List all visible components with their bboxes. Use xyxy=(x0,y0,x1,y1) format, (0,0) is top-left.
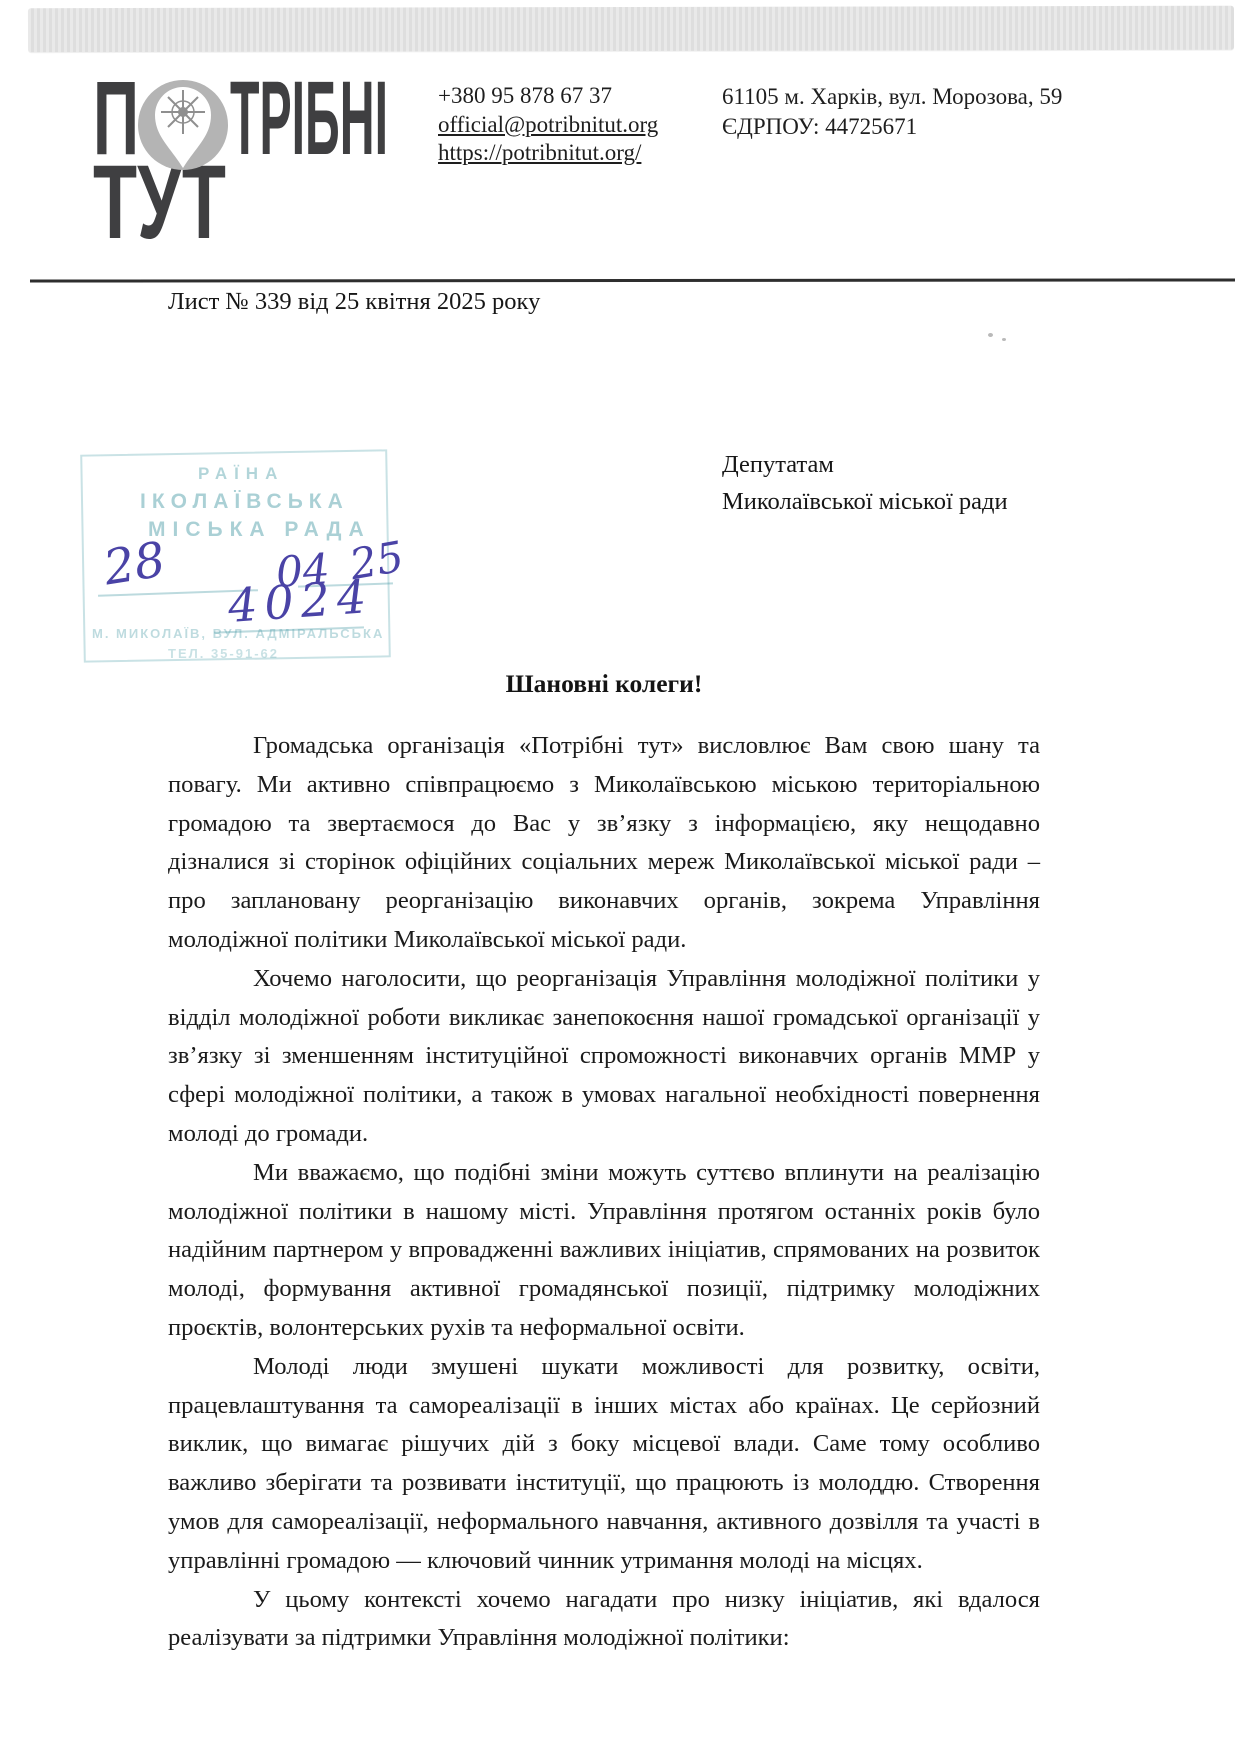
postal-address: 61105 м. Харків, вул. Морозова, 59 xyxy=(722,82,1062,112)
stamp-city-line: ІКОЛАЇВСЬКА xyxy=(140,490,349,514)
stamp-footer-phone: ТЕЛ. 35-91-62 xyxy=(168,646,279,661)
stamp-border xyxy=(80,449,391,662)
potribni-tut-logo: П ТРІБНІ ТУТ xyxy=(88,70,398,255)
email-link[interactable]: official@potribnitut.org xyxy=(438,111,658,140)
edrpou-code: ЄДРПОУ: 44725671 xyxy=(722,112,1062,142)
scanned-letter-page: П ТРІБНІ ТУТ +380 95 878 67 37 official@… xyxy=(0,0,1239,1752)
website-link[interactable]: https://potribnitut.org/ xyxy=(438,139,658,168)
stamp-council-line: МІСЬКА РАДА xyxy=(148,518,371,542)
location-pin-compass-icon xyxy=(138,80,228,170)
letter-body: Громадська організація «Потрібні тут» ви… xyxy=(168,727,1040,1658)
stamp-footer-address: М. МИКОЛАЇВ, ВУЛ. АДМІРАЛЬСЬКА xyxy=(92,626,384,641)
registration-stamp: РАЇНА ІКОЛАЇВСЬКА МІСЬКА РАДА 28 04 25 4… xyxy=(76,408,406,668)
requisites-block: 61105 м. Харків, вул. Морозова, 59 ЄДРПО… xyxy=(722,82,1062,142)
recipient-line1: Депутатам xyxy=(722,446,1008,483)
salutation: Шановні колеги! xyxy=(168,669,1040,699)
handwritten-year: 25 xyxy=(346,532,407,590)
scan-speck xyxy=(1002,338,1006,341)
handwritten-number: 4024 xyxy=(226,569,374,633)
recipient-block: Депутатам Миколаївської міської ради xyxy=(722,446,1008,520)
stamp-blank-line xyxy=(214,626,364,633)
letter-paragraph: Молоді люди змушені шукати можливості дл… xyxy=(168,1348,1040,1581)
letter-paragraph: Громадська організація «Потрібні тут» ви… xyxy=(168,727,1040,960)
logo-word1-rest: ТРІБНІ xyxy=(230,70,388,177)
letter-paragraph: У цьому контексті хочемо нагадати про ни… xyxy=(168,1581,1040,1659)
letter-paragraph: Хочемо наголосити, що реорганізація Упра… xyxy=(168,960,1040,1154)
letter-paragraph: Ми вважаємо, що подібні зміни можуть сут… xyxy=(168,1154,1040,1348)
recipient-line2: Миколаївської міської ради xyxy=(722,483,1008,520)
phone-number: +380 95 878 67 37 xyxy=(438,82,658,111)
stamp-blank-line xyxy=(98,589,258,597)
stamp-country-fragment: РАЇНА xyxy=(198,464,284,484)
scan-artifact-strip xyxy=(28,6,1234,53)
handwritten-month: 04 xyxy=(274,544,331,597)
scan-speck xyxy=(988,333,993,337)
handwritten-day: 28 xyxy=(100,532,169,597)
header-divider-line xyxy=(30,278,1235,282)
contact-block: +380 95 878 67 37 official@potribnitut.o… xyxy=(438,82,658,168)
stamp-blank-line xyxy=(298,582,393,587)
letter-reference: Лист № 339 від 25 квітня 2025 року xyxy=(168,288,540,316)
